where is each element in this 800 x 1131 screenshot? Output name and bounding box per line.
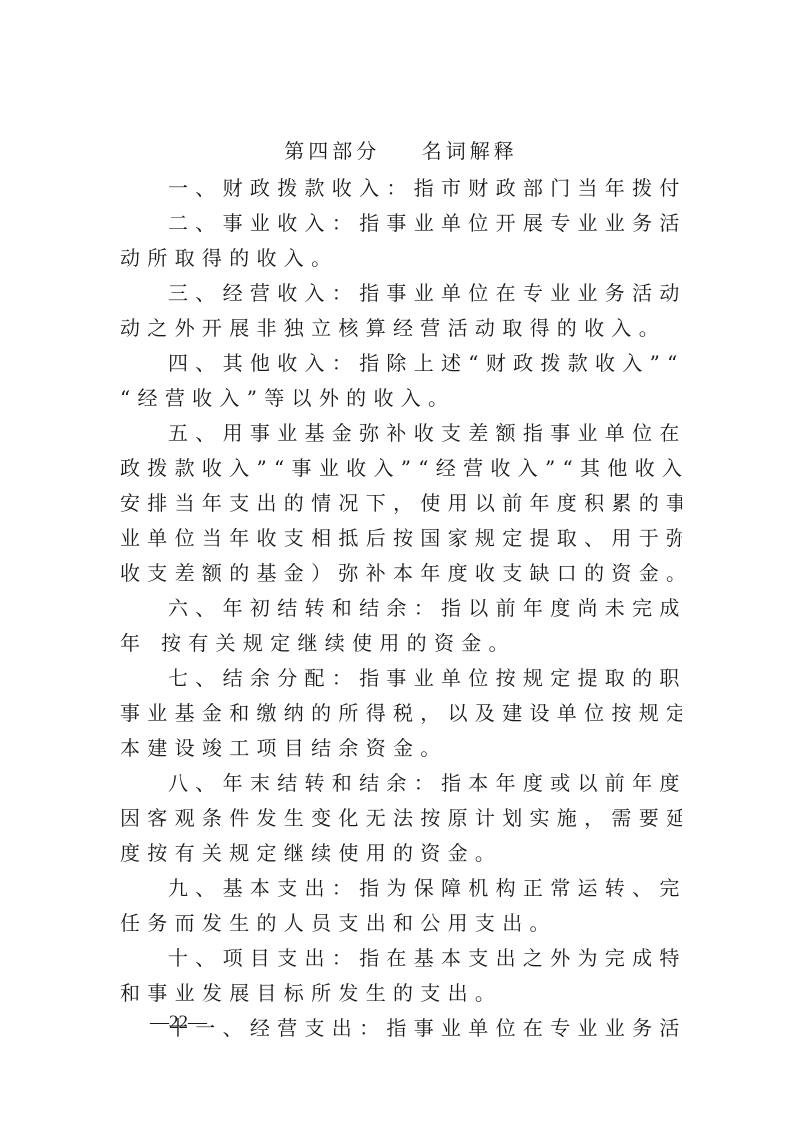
text-line: 六、年初结转和结余：指以前年度尚未完成、结转到本: [120, 591, 682, 626]
text-line: 八、年末结转和结余：指本年度或以前年度预算安排、: [120, 766, 682, 801]
page-number: —22—: [150, 1012, 207, 1034]
text-line: 二、事业收入：指事业单位开展专业业务活动及辅助活: [120, 206, 682, 241]
text-line: 度按有关规定继续使用的资金。: [120, 836, 682, 871]
text-line: 和事业发展目标所发生的支出。: [120, 976, 682, 1011]
text-line: 动之外开展非独立核算经营活动取得的收入。: [120, 311, 682, 346]
text-line: 政拨款收入”“事业收入”“经营收入”“其他收入”不足以: [120, 451, 682, 486]
text-line: 年 按有关规定继续使用的资金。: [120, 626, 682, 661]
text-line: 一、财政拨款收入：指市财政部门当年拨付的资金。: [120, 171, 682, 206]
text-line: 动所取得的收入。: [120, 241, 682, 276]
text-line: 业单位当年收支相抵后按国家规定提取、用于弥补以后年度: [120, 521, 682, 556]
text-line: 安排当年支出的情况下，使用以前年度积累的事业基金（事: [120, 486, 682, 521]
text-line: 三、经营收入：指事业单位在专业业务活动及其辅助活: [120, 276, 682, 311]
text-line: “经营收入”等以外的收入。: [120, 381, 682, 416]
document-page: 第四部分 名词解释 一、财政拨款收入：指市财政部门当年拨付的资金。二、事业收入：…: [120, 136, 682, 1046]
glossary-body: 一、财政拨款收入：指市财政部门当年拨付的资金。二、事业收入：指事业单位开展专业业…: [120, 171, 682, 1046]
text-line: 事业基金和缴纳的所得税，以及建设单位按规定应交回的基: [120, 696, 682, 731]
text-line: 收支差额的基金）弥补本年度收支缺口的资金。: [120, 556, 682, 591]
text-line: 任务而发生的人员支出和公用支出。: [120, 906, 682, 941]
text-line: 五、用事业基金弥补收支差额指事业单位在当年的“财: [120, 416, 682, 451]
text-line: 因客观条件发生变化无法按原计划实施，需要延迟到以后年: [120, 801, 682, 836]
text-line: 七、结余分配：指事业单位按规定提取的职工福利基金、: [120, 661, 682, 696]
text-line: 本建设竣工项目结余资金。: [120, 731, 682, 766]
section-title: 第四部分 名词解释: [120, 136, 682, 166]
text-line: 十、项目支出：指在基本支出之外为完成特定行政任务: [120, 941, 682, 976]
text-line: 九、基本支出：指为保障机构正常运转、完成日常工作: [120, 871, 682, 906]
text-line: 四、其他收入：指除上述“财政拨款收入”“事业收入”: [120, 346, 682, 381]
